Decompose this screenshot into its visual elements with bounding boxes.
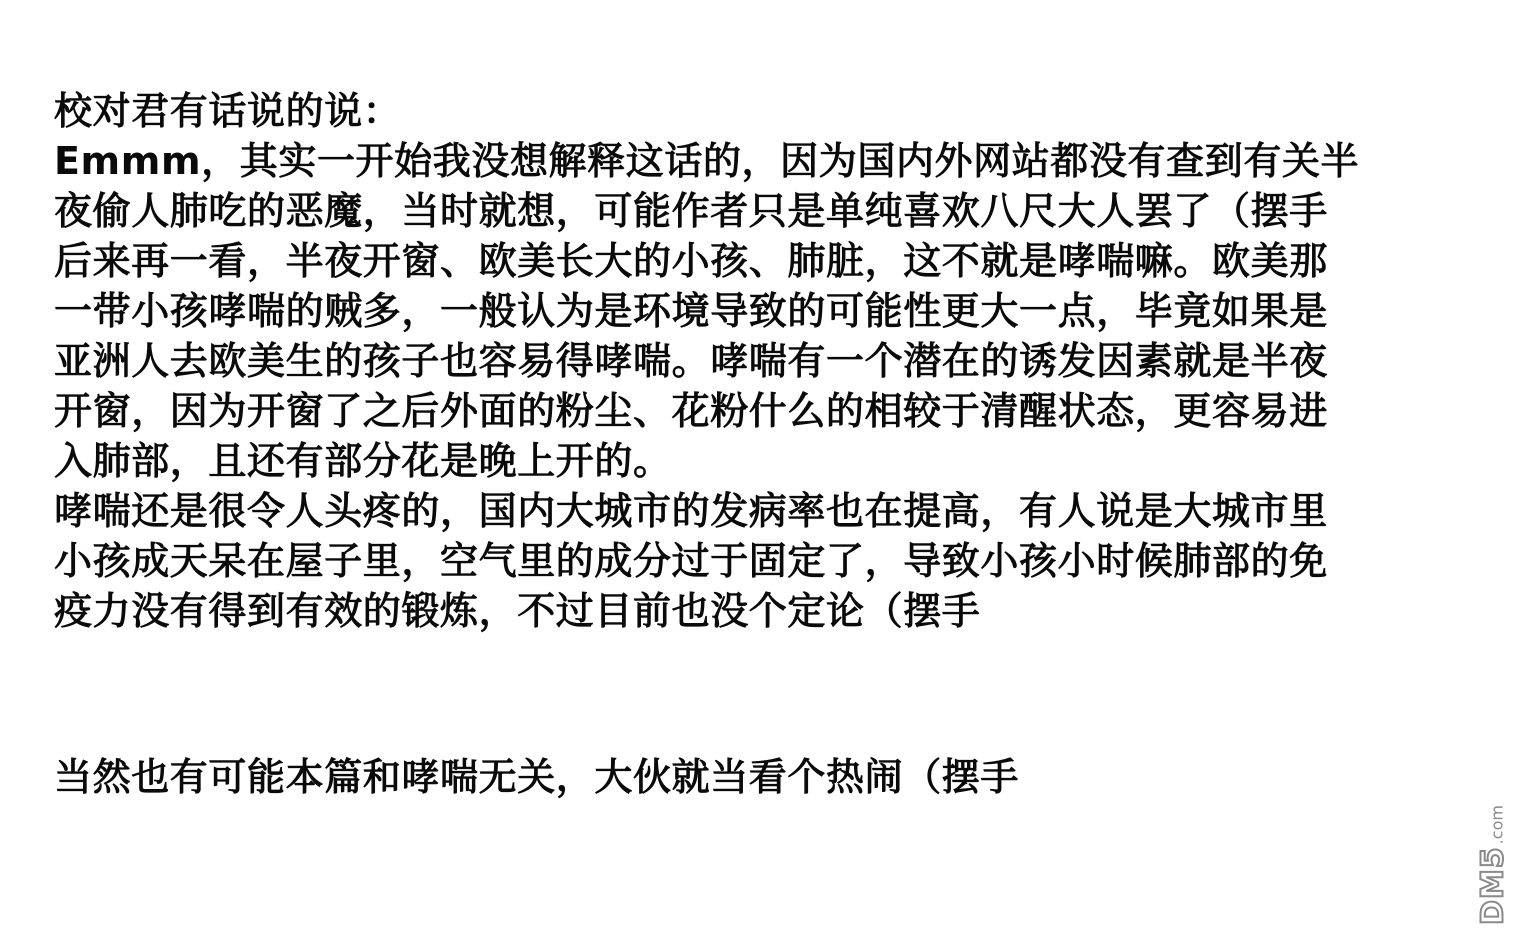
note-heading: 校对君有话说的说： [54, 86, 1474, 136]
paragraph-1-line-3: 后来再一看，半夜开窗、欧美长大的小孩、肺脏，这不就是哮喘嘛。欧美那 [54, 236, 1474, 286]
watermark-brand: DM5 [1476, 846, 1511, 925]
closing-remark: 当然也有可能本篇和哮喘无关，大伙就当看个热闹（摆手 [54, 752, 1474, 802]
paragraph-2-line-3: 疫力没有得到有效的锻炼，不过目前也没个定论（摆手 [54, 586, 1474, 636]
paragraph-1-line-1: Emmm，其实一开始我没想解释这话的，因为国内外网站都没有查到有关半 [54, 136, 1474, 186]
paragraph-1-line-6: 开窗，因为开窗了之后外面的粉尘、花粉什么的相较于清醒状态，更容易进 [54, 386, 1474, 436]
paragraph-1-line-2: 夜偷人肺吃的恶魔，当时就想，可能作者只是单纯喜欢八尺大人罢了（摆手 [54, 186, 1474, 236]
watermark-domain: .com [1488, 805, 1507, 844]
paragraph-1-line-4: 一带小孩哮喘的贼多，一般认为是环境导致的可能性更大一点，毕竟如果是 [54, 286, 1474, 336]
note-page: 校对君有话说的说： Emmm，其实一开始我没想解释这话的，因为国内外网站都没有查… [0, 0, 1524, 948]
paragraph-2-line-2: 小孩成天呆在屋子里，空气里的成分过于固定了，导致小孩小时候肺部的免 [54, 536, 1474, 586]
dm5-watermark: DM5 .com [1470, 790, 1516, 940]
paragraph-1-line-7: 入肺部，且还有部分花是晚上开的。 [54, 436, 1474, 486]
paragraph-2-line-1: 哮喘还是很令人头疼的，国内大城市的发病率也在提高，有人说是大城市里 [54, 486, 1474, 536]
paragraph-1-line-5: 亚洲人去欧美生的孩子也容易得哮喘。哮喘有一个潜在的诱发因素就是半夜 [54, 336, 1474, 386]
